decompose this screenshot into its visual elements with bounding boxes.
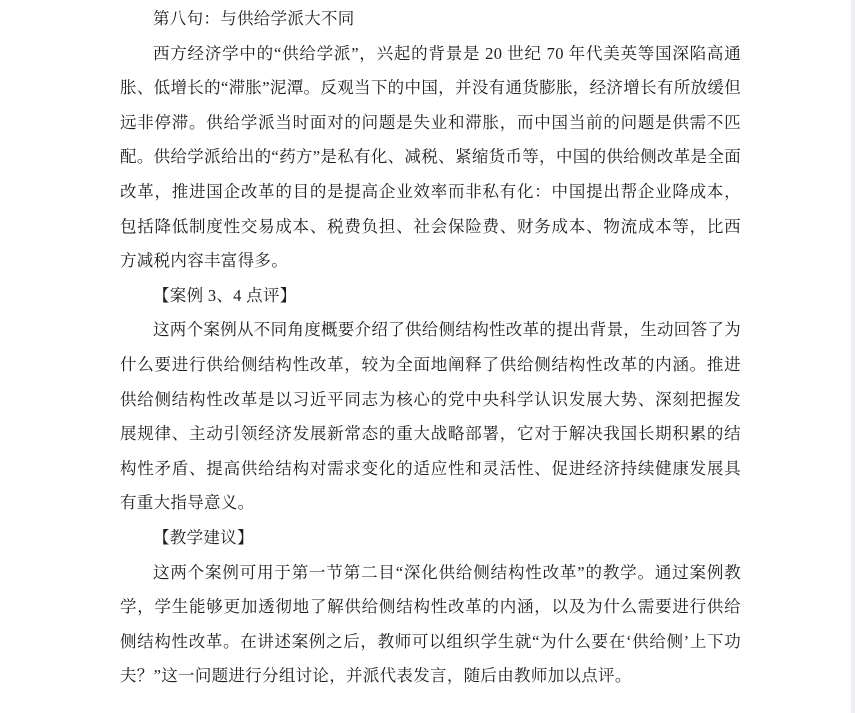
- paragraph-teaching-suggestions: 这两个案例可用于第一节第二目“深化供给侧结构性改革”的教学。通过案例教学，学生能…: [120, 556, 741, 694]
- document-content: 第八句：与供给学派大不同 西方经济学中的“供给学派”，兴起的背景是 20 世纪 …: [120, 2, 741, 694]
- section-heading-case-comments: 【案例 3、4 点评】: [120, 279, 741, 314]
- document-page: 第八句：与供给学派大不同 西方经济学中的“供给学派”，兴起的背景是 20 世纪 …: [0, 0, 860, 713]
- section-heading-teaching-suggestions: 【教学建议】: [120, 521, 741, 556]
- paragraph-supply-school-comparison: 西方经济学中的“供给学派”，兴起的背景是 20 世纪 70 年代美英等国深陷高通…: [120, 37, 741, 279]
- section-heading-eighth-sentence: 第八句：与供给学派大不同: [120, 2, 741, 37]
- scrollbar-track[interactable]: [851, 0, 855, 713]
- paragraph-case-comments: 这两个案例从不同角度概要介绍了供给侧结构性改革的提出背景，生动回答了为什么要进行…: [120, 313, 741, 521]
